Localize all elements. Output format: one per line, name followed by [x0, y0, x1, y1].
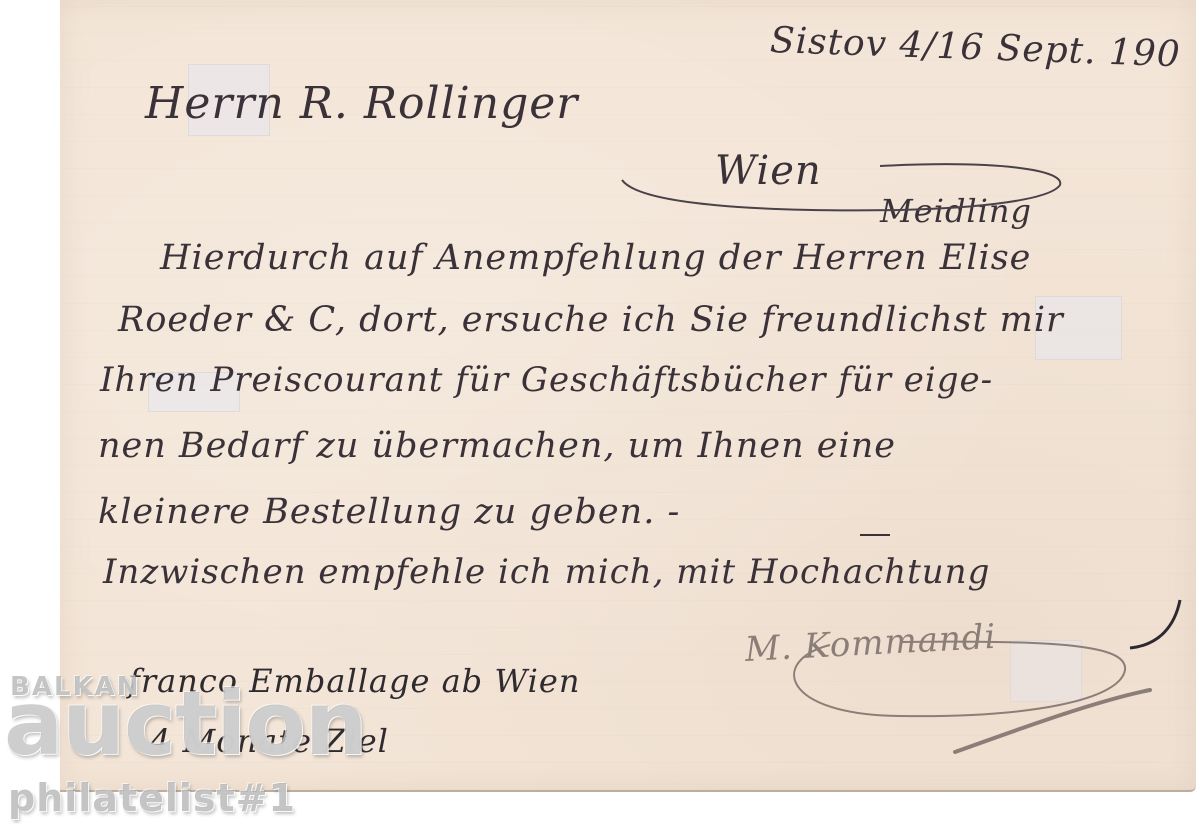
- body-line: Roeder & C, dort, ersuche ich Sie freund…: [118, 300, 1064, 340]
- body-line: kleinere Bestellung zu geben. -: [98, 492, 680, 532]
- watermark-auction: auction: [4, 680, 367, 768]
- watermark-philatelist: philatelist#1: [8, 776, 296, 820]
- body-line: nen Bedarf zu übermachen, um Ihnen eine: [98, 426, 896, 466]
- body-line: Ihren Preiscourant für Geschäftsbücher f…: [100, 360, 993, 400]
- district: Meidling: [880, 192, 1032, 230]
- salutation: Herrn R. Rollinger: [145, 78, 578, 129]
- body-line: Hierdurch auf Anempfehlung der Herren El…: [160, 238, 1031, 278]
- body-line: Inzwischen empfehle ich mich, mit Hochac…: [103, 552, 990, 592]
- city: Wien: [715, 148, 822, 194]
- erased-patch: [1010, 640, 1082, 702]
